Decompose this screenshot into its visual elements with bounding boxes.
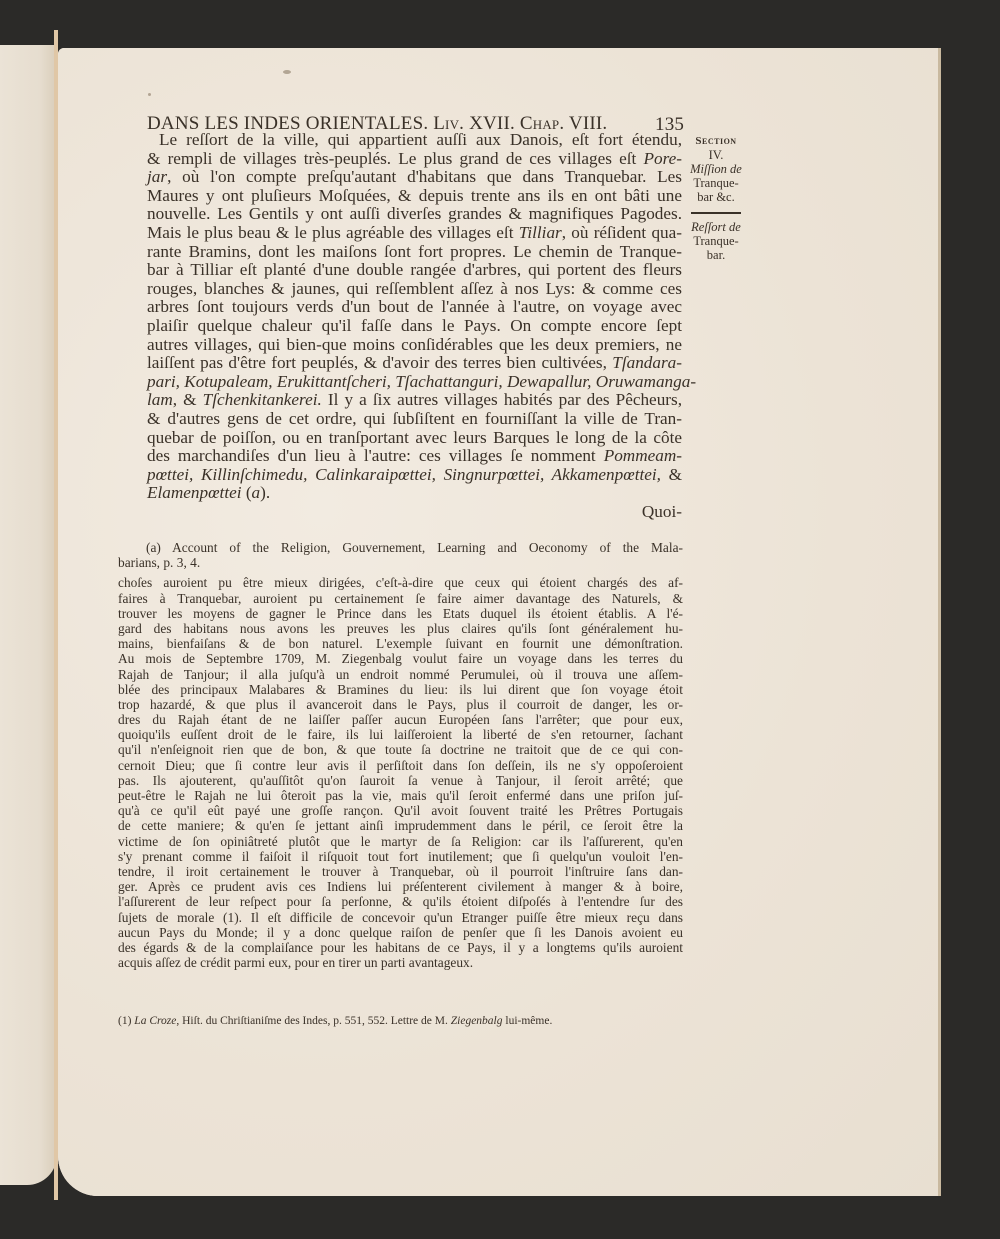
footnotes: (a) Account of the Religion, Gouvernemen… xyxy=(118,540,683,970)
footnote-line: Au mois de Septembre 1709, M. Ziegenbalg… xyxy=(118,651,683,666)
margin-notes: Section IV. Miſſion de Tranque- bar &c. … xyxy=(686,134,746,262)
text-line: rouges, blanches & jaunes, qui reſſemble… xyxy=(147,280,682,299)
footnote-line: blée des principaux Malabares & Bramines… xyxy=(118,682,683,697)
text-line: & d'autres gens de cet ordre, qui ſubſiſ… xyxy=(147,410,682,429)
footnote-line: gard des habitans nous avons les preuves… xyxy=(118,621,683,636)
footnote-line: faires à Tranquebar, auroient pu certain… xyxy=(118,591,683,606)
footnote-line: aucun Pays du Monde; il y a donc quelque… xyxy=(118,925,683,940)
text-line: arbres ſont toujours verds d'un bout de … xyxy=(147,298,682,317)
text-line: bar à Tilliar eſt planté d'une double ra… xyxy=(147,261,682,280)
margin-topic-1-a: Tranque- xyxy=(686,176,746,190)
footnote-line: quoiqu'ils euſſent droit de le faire, il… xyxy=(118,727,683,742)
margin-rule xyxy=(691,212,741,214)
footnote-line: dres du Rajah étant de ne laiſſer paſſer… xyxy=(118,712,683,727)
footnote-line: ger. Après ce prudent avis ces Indiens l… xyxy=(118,879,683,894)
footnote-line: de cette maniere; & qu'en ſe jettant ain… xyxy=(118,818,683,833)
footnote-line: qu'il n'enſeignoit rien que de bon, & qu… xyxy=(118,742,683,757)
footnote-1-prefix: (1) xyxy=(118,1015,134,1027)
footnote-1-name: Ziegenbalg xyxy=(451,1015,503,1027)
text-line: plaiſir quelque chaleur qu'il faſſe dans… xyxy=(147,317,682,336)
text-line: pœttei, Killinſchimedu, Calinkaraipœttei… xyxy=(147,466,682,485)
footnote-line: qu'à ce qu'il eût payé une groſſe rançon… xyxy=(118,803,683,818)
text-line: Quoi- xyxy=(147,503,682,522)
margin-topic-1-italic: Miſſion de xyxy=(686,162,746,176)
margin-topic-2-b: bar. xyxy=(686,248,746,262)
text-line: autres villages, qui bien-que moins conſ… xyxy=(147,336,682,355)
footnote-line: pas. Ils ajouterent, qu'auſſitôt qu'on ſ… xyxy=(118,773,683,788)
footnote-line: ſujets de morale (1). Il eſt difficile d… xyxy=(118,910,683,925)
text-line: lam, & Tſchenkitankerei. Il y a ſix autr… xyxy=(147,391,682,410)
text-line: rante Bramins, dont les maiſons ſont for… xyxy=(147,243,682,262)
footnote-line: victime de ſon opiniâtreté plutôt que le… xyxy=(118,834,683,849)
text-line: nouvelle. Les Gentils y ont auſſi diverſ… xyxy=(147,205,682,224)
text-line: Mais le plus beau & le plus agréable des… xyxy=(147,224,682,243)
footnote-line: trouver les moyens de gagner le Prince d… xyxy=(118,606,683,621)
footnote-line: des égards & de la complaiſance pour les… xyxy=(118,940,683,955)
text-line: jar, où l'on compte preſqu'autant d'habi… xyxy=(147,168,682,187)
footnote-line: s'y prenant comme il faiſoit il riſquoit… xyxy=(118,849,683,864)
paper-speck xyxy=(283,70,291,74)
facing-page-edge xyxy=(0,45,57,1185)
footnote-1-suffix: lui-même. xyxy=(503,1015,553,1027)
footnote-1-mid: , Hiſt. du Chriſtianiſme des Indes, p. 5… xyxy=(176,1015,450,1027)
section-number: IV. xyxy=(686,148,746,162)
footnote-line: l'aſſurerent de leur reſpect pour ſa per… xyxy=(118,894,683,909)
footnote-line: mains, bienfaiſans & de bon naturel. L'e… xyxy=(118,636,683,651)
text-line: Maures y ont pluſieurs Moſquées, & depui… xyxy=(147,187,682,206)
text-line: laiſſent pas d'être fort peuplés, & d'av… xyxy=(147,354,682,373)
margin-topic-2-italic: Reſſort de xyxy=(686,220,746,234)
text-line: quebar de poiſſon, ou en tranſportant av… xyxy=(147,429,682,448)
text-line: des marchandiſes d'un lieu à l'autre: ce… xyxy=(147,447,682,466)
text-line: Elamenpœttei (a). xyxy=(147,484,682,503)
footnote-line: Rajah de Tanjour; il alla juſqu'à un end… xyxy=(118,667,683,682)
footnote-line: tendre, il iroit certainement le trouver… xyxy=(118,864,683,879)
text-line: & rempli de villages très-peuplés. Le pl… xyxy=(147,150,682,169)
main-text: Le reſſort de la ville, qui appartient a… xyxy=(147,131,682,521)
footnote-line: choſes auroient pu être mieux dirigées, … xyxy=(118,575,683,590)
footnote-line: cernoit Dieu; que ſi contre leur avis il… xyxy=(118,758,683,773)
footnote-1: (1) La Croze, Hiſt. du Chriſtianiſme des… xyxy=(118,1015,683,1027)
text-line: Le reſſort de la ville, qui appartient a… xyxy=(147,131,682,150)
footnote-line: acquis aſſez de crédit parmi eux, pour e… xyxy=(118,955,683,970)
footnote-1-author: La Croze xyxy=(134,1015,176,1027)
section-label: Section xyxy=(686,134,746,148)
margin-topic-1-b: bar &c. xyxy=(686,190,746,204)
footnote-a-line-1: (a) Account of the Religion, Gouvernemen… xyxy=(118,540,683,555)
footnote-a-line-2: barians, p. 3, 4. xyxy=(118,555,683,570)
paper-speck xyxy=(148,93,151,96)
footnote-line: trop hazardé, & que plus il avanceroit d… xyxy=(118,697,683,712)
footnote-continuation: choſes auroient pu être mieux dirigées, … xyxy=(118,575,683,970)
footnote-line: peut-être le Rajah ne lui ôteroit pas la… xyxy=(118,788,683,803)
text-line: pari, Kotupaleam, Erukittantſcheri, Tſac… xyxy=(147,373,682,392)
margin-topic-2-a: Tranque- xyxy=(686,234,746,248)
